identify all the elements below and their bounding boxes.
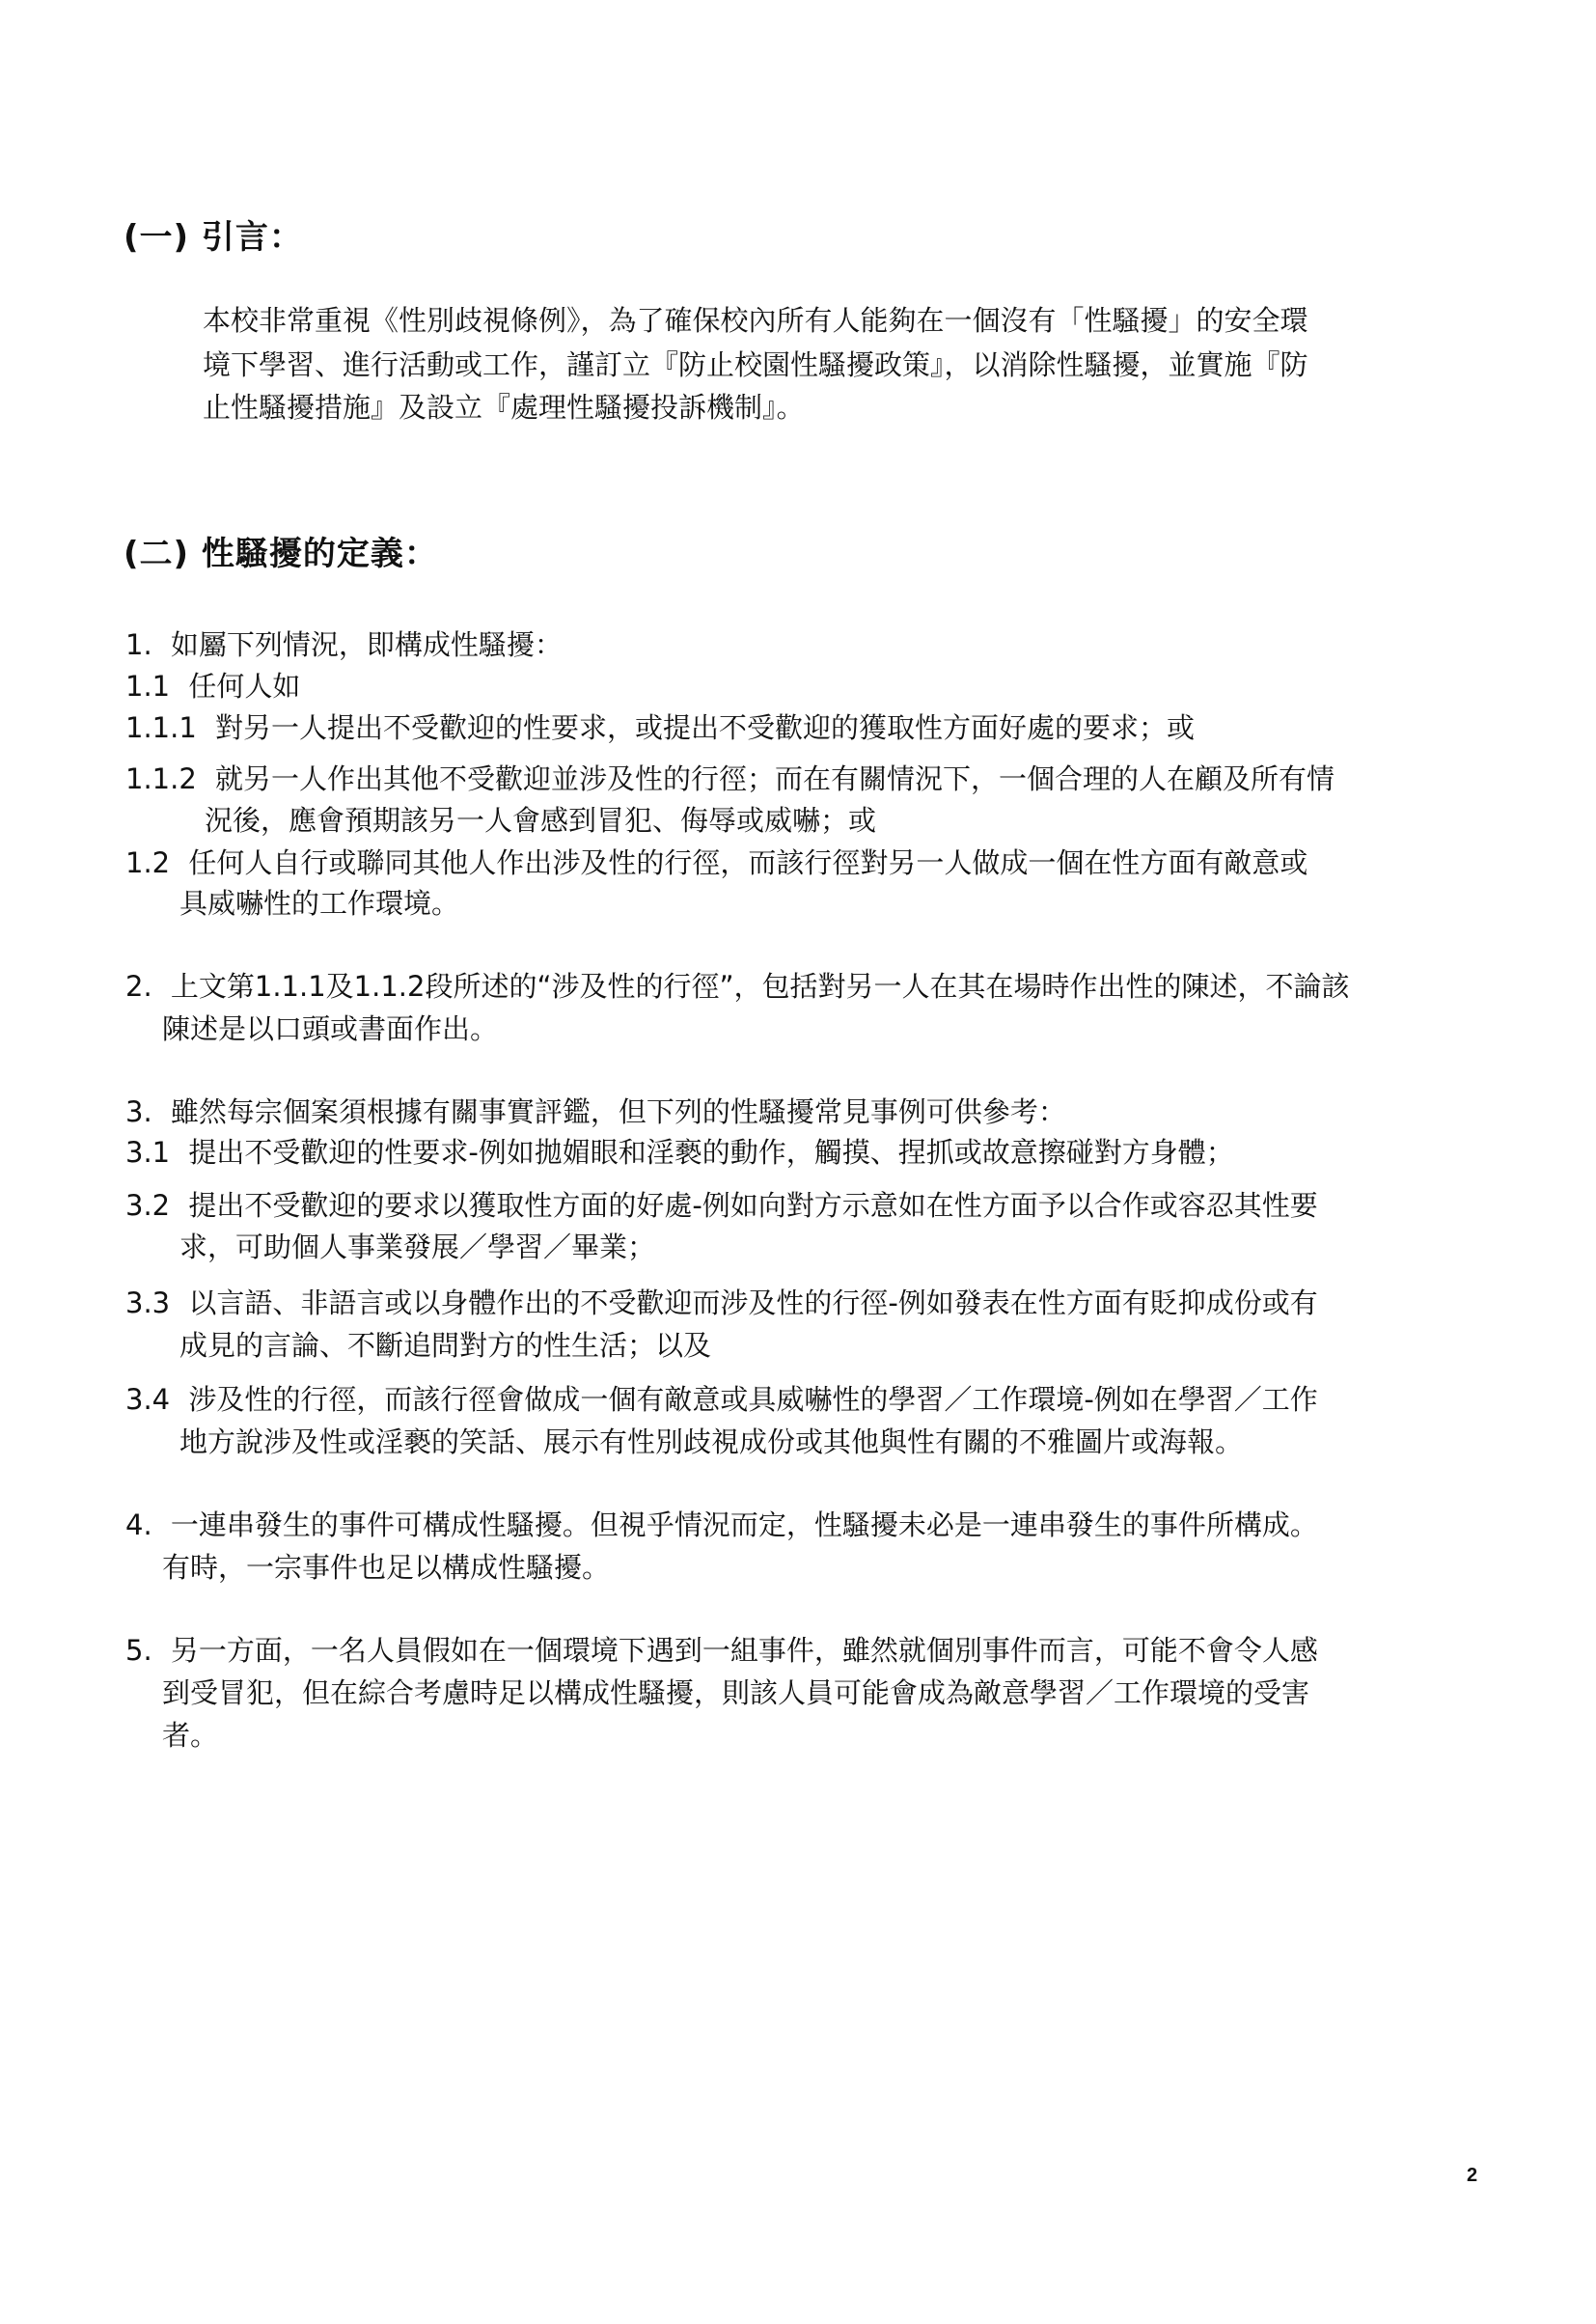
item-text: 雖然每宗個案須根據有關事實評鑑，但下列的性騷擾常見事例可供參考： [171, 1095, 1066, 1128]
section-heading-definition: (二) 性騷擾的定義： [124, 527, 438, 574]
item-text: 就另一人作出其他不受歡迎並涉及性的行徑；而在有關情況下，一個合理的人在顧及所有情 [215, 762, 1335, 795]
item-number: 1.1.1 [125, 714, 197, 742]
item-text: 一連串發生的事件可構成性騷擾。但視乎情況而定，性騷擾未必是一連串發生的事件所構成… [171, 1508, 1318, 1541]
item-number: 2. [125, 973, 152, 1001]
item-continuation: 地方說涉及性或淫褻的笑話、展示有性別歧視成份或其他與性有關的不雅圖片或海報。 [179, 1428, 1243, 1456]
item-continuation: 有時，一宗事件也足以構成性騷擾。 [162, 1554, 610, 1582]
item-text: 任何人如 [188, 670, 300, 703]
item-number: 3. [125, 1098, 152, 1126]
item-continuation: 陳述是以口頭或書面作出。 [162, 1015, 498, 1043]
item-continuation: 成見的言論、不斷追問對方的性生活；以及 [179, 1332, 711, 1360]
item-text: 上文第1.1.1及1.1.2段所述的“涉及性的行徑”，包括對另一人在其在場時作出… [171, 970, 1350, 1003]
document-page: (一) 引言： 本校非常重視《性別歧視條例》，為了確保校內所有人能夠在一個沒有「… [0, 0, 1596, 2324]
list-item: 2. 上文第1.1.1及1.1.2段所述的“涉及性的行徑”，包括對另一人在其在場… [125, 973, 1350, 1001]
list-item: 3.4 涉及性的行徑，而該行徑會做成一個有敵意或具威嚇性的學習／工作環境-例如在… [125, 1386, 1318, 1414]
item-text: 對另一人提出不受歡迎的性要求，或提出不受歡迎的獲取性方面好處的要求；或 [215, 711, 1195, 744]
item-text: 提出不受歡迎的要求以獲取性方面的好處-例如向對方示意如在性方面予以合作或容忍其性… [188, 1189, 1317, 1222]
section-heading-introduction: (一) 引言： [124, 210, 303, 258]
paragraph-line: 止性騷擾措施』及設立『處理性騷擾投訴機制』。 [203, 394, 805, 422]
item-text: 提出不受歡迎的性要求-例如拋媚眼和淫褻的動作，觸摸、捏抓或故意擦碰對方身體； [188, 1136, 1233, 1169]
item-number: 1.1.2 [125, 765, 197, 793]
paragraph-line: 境下學習、進行活動或工作，謹訂立『防止校園性騷擾政策』，以消除性騷擾，並實施『防 [203, 351, 1308, 379]
item-number: 1.1 [125, 673, 170, 701]
item-continuation: 到受冒犯，但在綜合考慮時足以構成性騷擾，則該人員可能會成為敵意學習／工作環境的受… [162, 1679, 1309, 1707]
list-item: 4. 一連串發生的事件可構成性騷擾。但視乎情況而定，性騷擾未必是一連串發生的事件… [125, 1511, 1318, 1539]
item-number: 3.1 [125, 1139, 170, 1167]
list-item: 3.2 提出不受歡迎的要求以獲取性方面的好處-例如向對方示意如在性方面予以合作或… [125, 1192, 1318, 1220]
item-text: 如屬下列情況，即構成性騷擾： [171, 628, 563, 661]
paragraph-line: 本校非常重視《性別歧視條例》，為了確保校內所有人能夠在一個沒有「性騷擾」的安全環 [203, 307, 1308, 335]
list-item: 5. 另一方面，一名人員假如在一個環境下遇到一組事件，雖然就個別事件而言，可能不… [125, 1637, 1318, 1665]
list-item: 3. 雖然每宗個案須根據有關事實評鑑，但下列的性騷擾常見事例可供參考： [125, 1098, 1066, 1126]
item-number: 1.2 [125, 849, 170, 877]
page-number: 2 [1467, 2165, 1477, 2187]
item-text: 另一方面，一名人員假如在一個環境下遇到一組事件，雖然就個別事件而言，可能不會令人… [171, 1634, 1318, 1667]
item-text: 以言語、非語言或以身體作出的不受歡迎而涉及性的行徑-例如發表在性方面有貶抑成份或… [188, 1286, 1317, 1319]
item-number: 4. [125, 1511, 152, 1539]
item-continuation: 者。 [162, 1722, 218, 1750]
list-item: 1.1.2 就另一人作出其他不受歡迎並涉及性的行徑；而在有關情況下，一個合理的人… [125, 765, 1335, 793]
item-text: 任何人自行或聯同其他人作出涉及性的行徑，而該行徑對另一人做成一個在性方面有敵意或 [188, 846, 1307, 879]
item-number: 1. [125, 631, 152, 659]
list-item: 3.1 提出不受歡迎的性要求-例如拋媚眼和淫褻的動作，觸摸、捏抓或故意擦碰對方身… [125, 1139, 1234, 1167]
item-number: 3.3 [125, 1289, 170, 1317]
item-continuation: 求，可助個人事業發展／學習／畢業； [179, 1233, 655, 1261]
item-continuation: 具威嚇性的工作環境。 [179, 890, 459, 918]
item-continuation: 況後，應會預期該另一人會感到冒犯、侮辱或威嚇；或 [205, 807, 876, 835]
item-text: 涉及性的行徑，而該行徑會做成一個有敵意或具威嚇性的學習／工作環境-例如在學習／工… [188, 1383, 1317, 1416]
item-number: 3.2 [125, 1192, 170, 1220]
list-item: 1.1 任何人如 [125, 673, 300, 701]
item-number: 3.4 [125, 1386, 170, 1414]
list-item: 1.1.1 對另一人提出不受歡迎的性要求，或提出不受歡迎的獲取性方面好處的要求；… [125, 714, 1195, 742]
item-number: 5. [125, 1637, 152, 1665]
list-item: 3.3 以言語、非語言或以身體作出的不受歡迎而涉及性的行徑-例如發表在性方面有貶… [125, 1289, 1318, 1317]
list-item: 1.2 任何人自行或聯同其他人作出涉及性的行徑，而該行徑對另一人做成一個在性方面… [125, 849, 1307, 877]
list-item: 1. 如屬下列情況，即構成性騷擾： [125, 631, 563, 659]
